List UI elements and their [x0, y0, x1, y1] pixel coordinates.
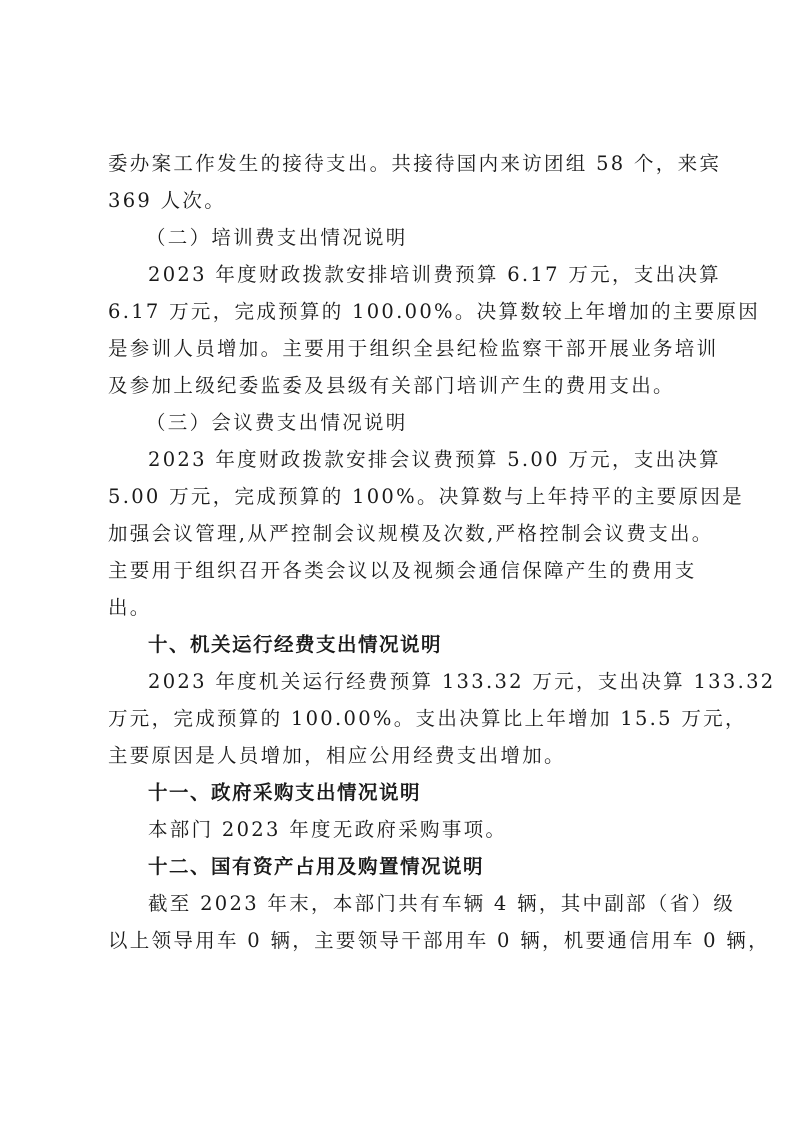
body-line: 加强会议管理,从严控制会议规模及次数,严格控制会议费支出。: [108, 515, 690, 552]
body-line: 主要原因是人员增加，相应公用经费支出增加。: [108, 737, 690, 774]
heading-section-11: 十一、政府采购支出情况说明: [108, 774, 690, 811]
body-line: 主要用于组织召开各类会议以及视频会通信保障产生的费用支: [108, 552, 690, 589]
document-page: 委办案工作发生的接待支出。共接待国内来访团组 58 个，来宾 369 人次。 （…: [108, 145, 690, 959]
body-line: 以上领导用车 0 辆，主要领导干部用车 0 辆，机要通信用车 0 辆，: [108, 922, 690, 959]
body-line: 369 人次。: [108, 182, 690, 219]
body-line: 出。: [108, 589, 690, 626]
subheading-meeting-fee: （三）会议费支出情况说明: [108, 404, 690, 441]
body-line: 截至 2023 年末，本部门共有车辆 4 辆，其中副部（省）级: [108, 885, 690, 922]
body-line: 2023 年度机关运行经费预算 133.32 万元，支出决算 133.32: [108, 663, 690, 700]
body-line: 是参训人员增加。主要用于组织全县纪检监察干部开展业务培训: [108, 330, 690, 367]
body-line: 本部门 2023 年度无政府采购事项。: [108, 811, 690, 848]
subheading-training-fee: （二）培训费支出情况说明: [108, 219, 690, 256]
body-line: 万元，完成预算的 100.00%。支出决算比上年增加 15.5 万元，: [108, 700, 690, 737]
body-line: 5.00 万元，完成预算的 100%。决算数与上年持平的主要原因是: [108, 478, 690, 515]
body-line: 委办案工作发生的接待支出。共接待国内来访团组 58 个，来宾: [108, 145, 690, 182]
heading-section-12: 十二、国有资产占用及购置情况说明: [108, 848, 690, 885]
heading-section-10: 十、机关运行经费支出情况说明: [108, 626, 690, 663]
body-line: 2023 年度财政拨款安排培训费预算 6.17 万元，支出决算: [108, 256, 690, 293]
body-line: 2023 年度财政拨款安排会议费预算 5.00 万元，支出决算: [108, 441, 690, 478]
body-line: 6.17 万元，完成预算的 100.00%。决算数较上年增加的主要原因: [108, 293, 690, 330]
body-line: 及参加上级纪委监委及县级有关部门培训产生的费用支出。: [108, 367, 690, 404]
